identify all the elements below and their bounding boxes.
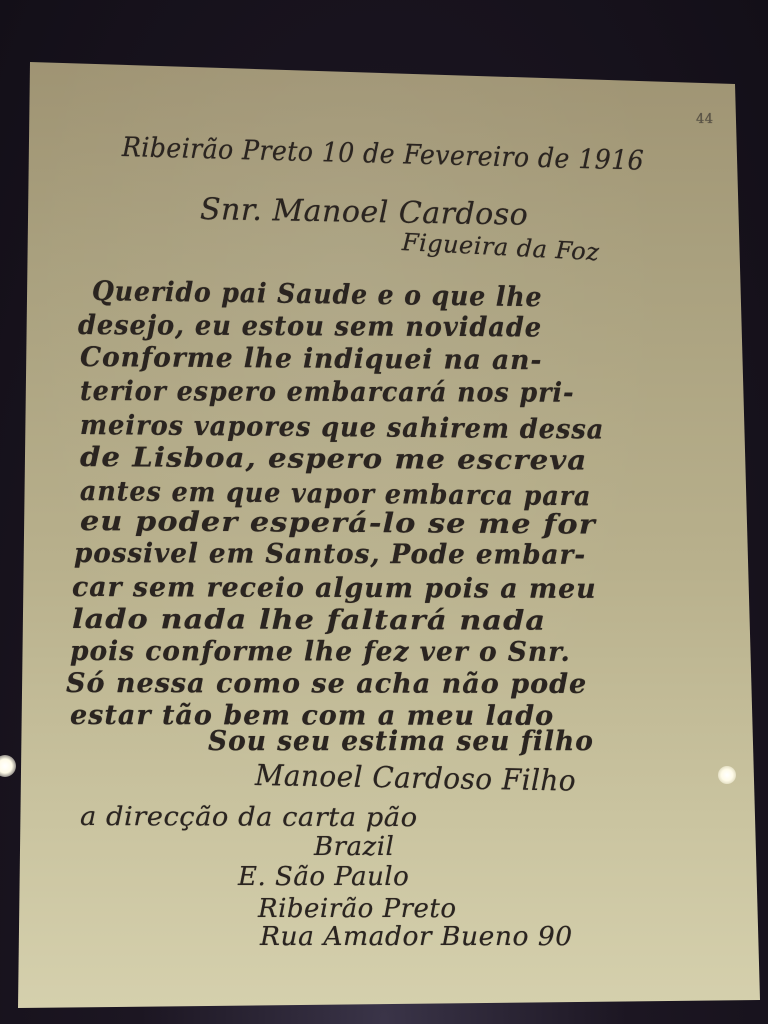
recipient-place: Figueira da Foz — [401, 228, 600, 266]
address-line-city: Ribeirão Preto — [258, 894, 457, 924]
body-line: Conforme lhe indiquei na an- — [80, 342, 543, 376]
body-line: Querido pai Saude e o que lhe — [92, 276, 543, 313]
body-line: pois conforme lhe fez ver o Snr. — [70, 636, 571, 668]
body-line: meiros vapores que sahirem dessa — [80, 410, 605, 446]
body-line: terior espero embarcará nos pri- — [80, 376, 575, 409]
address-intro: a direcção da carta pão — [80, 802, 418, 833]
page-number: 44 — [696, 112, 714, 127]
framed-letter-photo: 44 Ribeirão Preto 10 de Fevereiro de 191… — [0, 0, 768, 1024]
salutation-recipient: Snr. Manoel Cardoso — [200, 192, 529, 233]
address-line-state: E. São Paulo — [238, 862, 409, 892]
closing-line: Sou seu estima seu filho — [208, 726, 594, 757]
address-line-country: Brazil — [314, 832, 394, 862]
body-line: desejo, eu estou sem novidade — [78, 310, 542, 343]
body-line: possivel em Santos, Pode embar- — [74, 538, 586, 571]
body-line: lado nada lhe faltará nada — [72, 604, 546, 637]
address-line-street: Rua Amador Bueno 90 — [260, 922, 573, 952]
signature: Manoel Cardoso Filho — [255, 758, 577, 798]
light-reflection — [0, 755, 16, 777]
letter-paper: 44 Ribeirão Preto 10 de Fevereiro de 191… — [0, 0, 768, 1024]
light-reflection — [718, 766, 736, 784]
place-date-line: Ribeirão Preto 10 de Fevereiro de 1916 — [122, 132, 645, 177]
body-line: de Lisboa, espero me escreva — [80, 442, 587, 477]
body-line: eu poder esperá-lo se me for — [80, 506, 596, 541]
body-line: Só nessa como se acha não pode — [66, 668, 587, 700]
body-line: car sem receio algum pois a meu — [72, 572, 597, 605]
